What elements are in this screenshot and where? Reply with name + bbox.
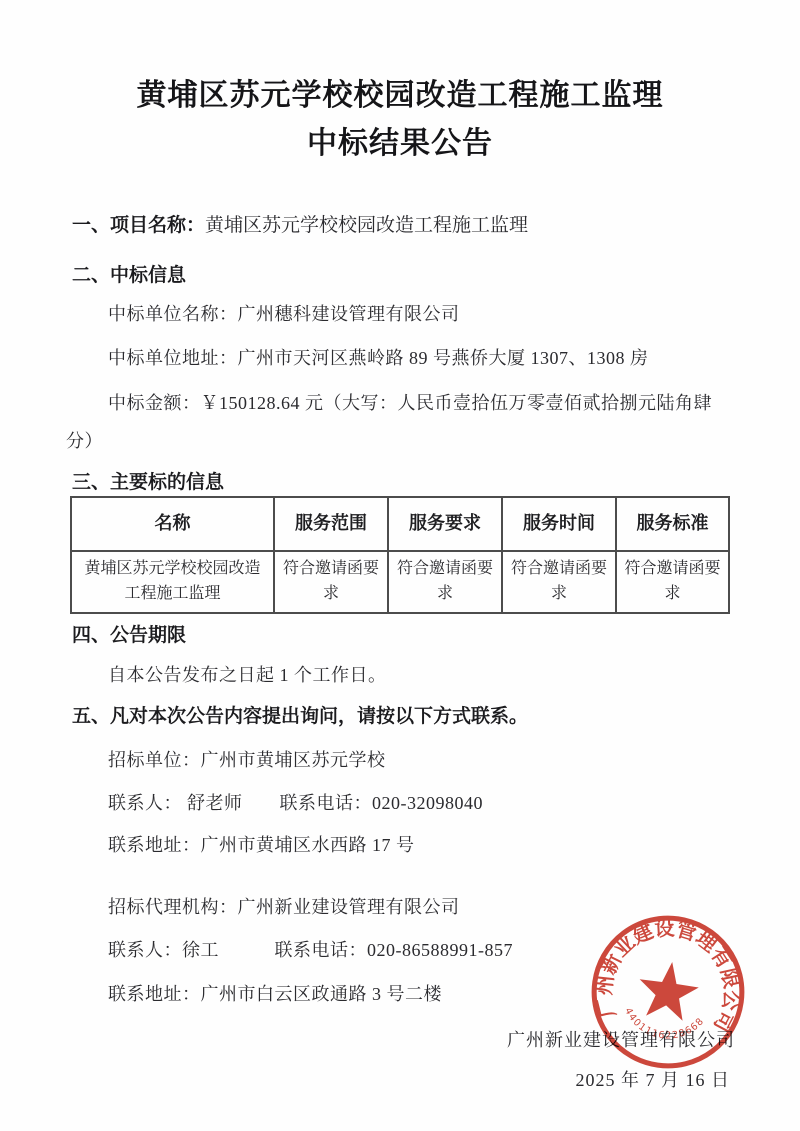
table-header-name: 名称: [71, 497, 274, 551]
agency-contact-line: 联系人：徐工 联系电话：020-86588991-857: [108, 936, 513, 962]
agency-line: 招标代理机构：广州新业建设管理有限公司: [108, 893, 460, 919]
bid-items-table: 名称 服务范围 服务要求 服务时间 服务标准 黄埔区苏元学校校园改造工程施工监理…: [70, 496, 730, 614]
tenderer-address-line: 联系地址：广州市黄埔区水西路 17 号: [108, 831, 415, 857]
seal-number-text: 4401116228668: [619, 1005, 707, 1047]
table-header-standard: 服务标准: [616, 497, 729, 551]
section-1-label: 一、项目名称：: [72, 215, 205, 236]
company-seal: 广州新业建设管理有限公司 4401116228668: [582, 906, 754, 1078]
table-header-time: 服务时间: [502, 497, 616, 551]
seal-star-icon: [635, 958, 702, 1023]
project-name-value: 黄埔区苏元学校校园改造工程施工监理: [205, 215, 528, 236]
section-5-heading: 五、凡对本次公告内容提出询问，请按以下方式联系。: [72, 701, 528, 728]
winner-address-line: 中标单位地址：广州市天河区燕岭路 89 号燕侨大厦 1307、1308 房: [108, 344, 649, 370]
section-4-heading: 四、公告期限: [72, 620, 186, 647]
section-2-heading: 二、中标信息: [72, 260, 186, 287]
agency-address-line: 联系地址：广州市白云区政通路 3 号二楼: [108, 980, 442, 1006]
table-header-row: 名称 服务范围 服务要求 服务时间 服务标准: [71, 497, 729, 551]
bid-amount-line2: 分）: [66, 427, 103, 453]
winner-name-line: 中标单位名称：广州穗科建设管理有限公司: [108, 300, 460, 326]
cell-service-requirement: 符合邀请函要求: [388, 551, 502, 613]
announcement-period-line: 自本公告发布之日起 1 个工作日。: [108, 661, 387, 687]
tenderer-line: 招标单位：广州市黄埔区苏元学校: [108, 746, 386, 772]
section-3-heading: 三、主要标的信息: [72, 467, 224, 494]
cell-service-scope: 符合邀请函要求: [274, 551, 388, 613]
table-header-requirement: 服务要求: [388, 497, 502, 551]
cell-service-standard: 符合邀请函要求: [616, 551, 729, 613]
table-row: 黄埔区苏元学校校园改造工程施工监理 符合邀请函要求 符合邀请函要求 符合邀请函要…: [71, 551, 729, 613]
tenderer-contact-line: 联系人： 舒老师 联系电话：020-32098040: [108, 789, 483, 815]
bid-amount-line1: 中标金额：￥150128.64 元（大写：人民币壹拾伍万零壹佰贰拾捌元陆角肆: [108, 389, 712, 415]
table-header-scope: 服务范围: [274, 497, 388, 551]
cell-item-name: 黄埔区苏元学校校园改造工程施工监理: [71, 551, 274, 613]
announcement-document: 黄埔区苏元学校校园改造工程施工监理 中标结果公告 一、项目名称：黄埔区苏元学校校…: [0, 0, 800, 1131]
page-title-line1: 黄埔区苏元学校校园改造工程施工监理: [0, 78, 800, 114]
cell-service-time: 符合邀请函要求: [502, 551, 616, 613]
page-title-line2: 中标结果公告: [0, 126, 800, 162]
section-1-heading: 一、项目名称：黄埔区苏元学校校园改造工程施工监理: [72, 210, 528, 237]
